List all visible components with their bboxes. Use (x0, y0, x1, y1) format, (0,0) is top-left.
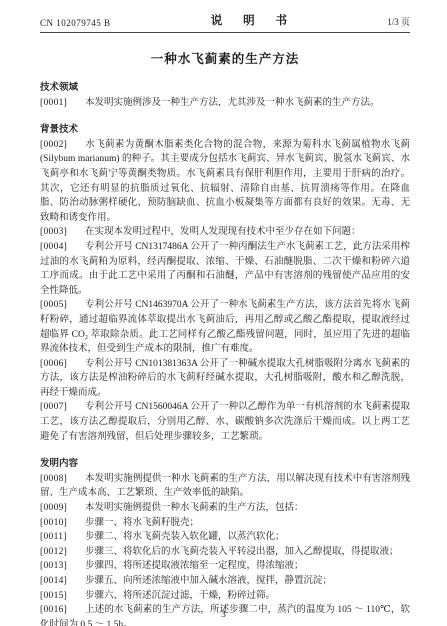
paragraph-number: [0011] (40, 530, 72, 545)
paragraph-number: [0004] (40, 240, 72, 255)
document-body: 技术领域 [0001]本发明实施例涉及一种生产方法，尤其涉及一种水飞蓟素的生产方… (40, 81, 410, 626)
paragraph-number: [0005] (40, 298, 72, 313)
paragraph: [0001]本发明实施例涉及一种生产方法，尤其涉及一种水飞蓟素的生产方法。 (40, 96, 410, 111)
page-indicator: 1/3 页 (387, 15, 410, 28)
section: 技术领域 [0001]本发明实施例涉及一种生产方法，尤其涉及一种水飞蓟素的生产方… (40, 81, 410, 110)
paragraph: [0010]步骤一、将水飞蓟籽脱壳； (40, 516, 410, 531)
section-paragraphs: [0001]本发明实施例涉及一种生产方法，尤其涉及一种水飞蓟素的生产方法。 (40, 96, 410, 111)
paragraph-text: 本发明实施例涉及一种生产方法，尤其涉及一种水飞蓟素的生产方法。 (85, 98, 380, 108)
paragraph-text: 专利公开号 CN101381363A 公开了一种碱水提取大孔树脂吸附分离水飞蓟素… (40, 359, 410, 398)
paragraph-number: [0006] (40, 357, 72, 372)
paragraph-text: 专利公开号 CN1317486A 公开了一种丙酮法生产水飞蓟素工艺，此方法采用榨… (40, 242, 410, 296)
paragraph-number: [0008] (40, 472, 72, 487)
paragraph: [0006]专利公开号 CN101381363A 公开了一种碱水提取大孔树脂吸附… (40, 357, 410, 401)
paragraph: [0013]步骤四、将所述提取液浓缩至一定程度，得浓缩液； (40, 559, 410, 574)
section-paragraphs: [0002]水飞蓟素为黄酮木脂素类化合物的混合物，来源为菊科水飞蓟属植物水飞蓟 … (40, 138, 410, 444)
paragraph-number: [0013] (40, 559, 72, 574)
paragraph-number: [0003] (40, 225, 72, 240)
paragraph-text: 本发明实施例提供一种水飞蓟素的生产方法，包括： (85, 503, 304, 513)
section-paragraphs: [0008]本发明实施例提供一种水飞蓟素的生产方法，用以解决现有技术中有害溶剂残… (40, 472, 410, 626)
paragraph-text: 步骤五、向所述浓缩液中加入碱水溶液，搅拌，静置沉淀； (85, 576, 332, 586)
paragraph-number: [0009] (40, 501, 72, 516)
paragraph-text: 水飞蓟素为黄酮木脂素类化合物的混合物，来源为菊科水飞蓟属植物水飞蓟 (Silyb… (40, 140, 410, 223)
paragraph-text: 步骤四、将所述提取液浓缩至一定程度，得浓缩液； (85, 561, 304, 571)
paragraph-text: 在实现本发明过程中，发明人发现现有技术中至少存在如下问题： (85, 227, 361, 237)
paragraph-text: 步骤三、将软化后的水飞蓟壳装入平转浸出器，加入乙醇提取，得提取液； (85, 547, 399, 557)
paragraph-text: 步骤六、将所述沉淀过滤，干燥，粉碎过筛。 (85, 591, 275, 601)
paragraph-number: [0001] (40, 96, 72, 111)
invention-title: 一种水飞蓟素的生产方法 (40, 49, 410, 67)
running-header: CN 102079745 B 说 明 书 1/3 页 (40, 12, 410, 33)
section: 发明内容 [0008]本发明实施例提供一种水飞蓟素的生产方法，用以解决现有技术中… (40, 457, 410, 626)
paragraph: [0005]专利公开号 CN1463970A 公开了一种水飞蓟素生产方法，该方法… (40, 298, 410, 356)
paragraph: [0014]步骤五、向所述浓缩液中加入碱水溶液，搅拌，静置沉淀； (40, 574, 410, 589)
paragraph: [0011]步骤二、将水飞蓟壳装入软化罐，以蒸汽软化； (40, 530, 410, 545)
paragraph: [0004]专利公开号 CN1317486A 公开了一种丙酮法生产水飞蓟素工艺，… (40, 240, 410, 298)
document-type-label: 说 明 书 (202, 12, 296, 28)
paragraph: [0009]本发明实施例提供一种水飞蓟素的生产方法，包括： (40, 501, 410, 516)
paragraph-number: [0015] (40, 589, 72, 604)
paragraph: [0012]步骤三、将软化后的水飞蓟壳装入平转浸出器，加入乙醇提取，得提取液； (40, 545, 410, 560)
page-number: 3 (0, 609, 447, 619)
publication-number: CN 102079745 B (40, 18, 111, 28)
paragraph-text: 步骤一、将水飞蓟籽脱壳； (85, 518, 199, 528)
paragraph-number: [0014] (40, 574, 72, 589)
paragraph-text: 专利公开号 CN1560046A 公开了一种以乙醇作为单一有机溶剂的水飞蓟素提取… (40, 402, 410, 441)
paragraph-number: [0010] (40, 516, 72, 531)
paragraph-number: [0007] (40, 400, 72, 415)
paragraph-text: 步骤二、将水飞蓟壳装入软化罐，以蒸汽软化； (85, 532, 285, 542)
section: 背景技术 [0002]水飞蓟素为黄酮木脂素类化合物的混合物，来源为菊科水飞蓟属植… (40, 123, 410, 444)
paragraph-text: 本发明实施例提供一种水飞蓟素的生产方法，用以解决现有技术中有害溶剂残留、生产成本… (40, 474, 410, 499)
section-heading: 发明内容 (40, 457, 410, 472)
patent-specification-page: CN 102079745 B 说 明 书 1/3 页 一种水飞蓟素的生产方法 技… (0, 0, 447, 626)
paragraph: [0003]在实现本发明过程中，发明人发现现有技术中至少存在如下问题： (40, 225, 410, 240)
paragraph-number: [0002] (40, 138, 72, 153)
paragraph: [0007]专利公开号 CN1560046A 公开了一种以乙醇作为单一有机溶剂的… (40, 400, 410, 444)
section-heading: 技术领域 (40, 81, 410, 96)
paragraph: [0002]水飞蓟素为黄酮木脂素类化合物的混合物，来源为菊科水飞蓟属植物水飞蓟 … (40, 138, 410, 226)
section-heading: 背景技术 (40, 123, 410, 138)
paragraph: [0008]本发明实施例提供一种水飞蓟素的生产方法，用以解决现有技术中有害溶剂残… (40, 472, 410, 501)
paragraph: [0015]步骤六、将所述沉淀过滤，干燥，粉碎过筛。 (40, 589, 410, 604)
paragraph-number: [0012] (40, 545, 72, 560)
paragraph-text: 专利公开号 CN1463970A 公开了一种水飞蓟素生产方法，该方法首先将水飞蓟… (40, 300, 410, 354)
